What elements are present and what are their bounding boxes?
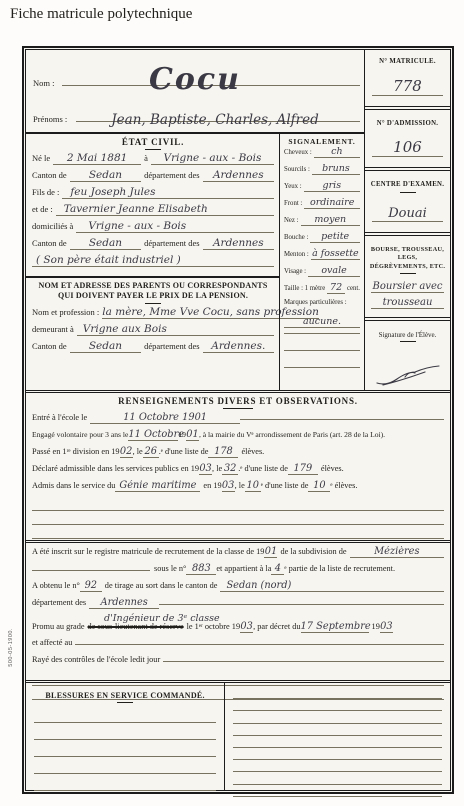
bourse-label: BOURSE, TROUSSEAU, LEGS, DÉGRÈVEMENTS, E…: [369, 246, 446, 272]
blank-line: [32, 525, 444, 539]
blessures-title: BLESSURES EN SERVICE COMMANDÉ.: [34, 691, 216, 700]
entre-value: 11 Octobre 1901: [90, 412, 240, 424]
yeux-label: Yeux :: [284, 183, 302, 190]
blank-line: [233, 748, 442, 760]
sous-numero-value: 883: [186, 563, 216, 575]
cheveux-label: Cheveux :: [284, 149, 312, 156]
renseignements-section: RENSEIGNEMENTS DIVERS ET OBSERVATIONS. E…: [26, 390, 450, 540]
promu-struck-text: de sous-lieutenant de réserve: [88, 622, 184, 631]
menton-value: à fossette: [311, 248, 360, 260]
rule: [163, 661, 444, 662]
blank-line: [233, 760, 442, 772]
bottom-zone: BLESSURES EN SERVICE COMMANDÉ.: [26, 680, 450, 790]
name-block: Nom : Cocu Prénoms : Jean, Baptiste, Cha…: [26, 50, 364, 134]
menton-label: Menton :: [284, 251, 309, 258]
departement-recrutement-label: département des: [32, 598, 86, 607]
bouche-label: Bouche :: [284, 234, 308, 241]
blank-line: [233, 711, 442, 723]
blank-line: [34, 757, 216, 774]
tirage-canton-value: Sedan (nord): [220, 580, 444, 592]
demeurant-label: demeurant à: [32, 324, 74, 334]
divider: [365, 167, 450, 171]
engage-date-value: 11 Octobre: [128, 429, 178, 441]
field-admis-service: Admis dans le service du Génie maritime …: [32, 480, 444, 497]
divider: [26, 276, 279, 278]
signature-label: Signature de l'Élève.: [369, 331, 446, 339]
parents-title-line1: NOM ET ADRESSE DES PARENTS OU CORRESPOND…: [32, 281, 274, 291]
left-main: Nom : Cocu Prénoms : Jean, Baptiste, Cha…: [26, 50, 364, 390]
prenoms-value: Jean, Baptiste, Charles, Alfred: [66, 112, 364, 128]
admissible-rank-value: 32: [222, 463, 238, 475]
blank-line: [284, 333, 360, 350]
admis-pre: Admis dans le service du: [32, 481, 115, 490]
recrutement-section: A été inscrit sur le registre matricule …: [26, 540, 450, 680]
marques-value: aucune.: [284, 316, 360, 328]
departement-recrutement-value: Ardennes: [89, 597, 159, 609]
domicilies-label: domiciliés à: [32, 221, 73, 231]
tirage-mid: de tirage au sort dans le canton de: [105, 581, 218, 590]
blank-line: [233, 785, 442, 797]
field-tirage-au-sort: A obtenu le n° 92 de tirage au sort dans…: [32, 580, 444, 597]
field-marques-value-row: aucune.: [284, 316, 360, 333]
title-dash: [400, 273, 416, 274]
admissible-mid1: , le: [212, 464, 222, 473]
raye-label: Rayé des contrôles de l'école ledit jour: [32, 655, 160, 664]
tirage-numero-value: 92: [80, 580, 102, 592]
sourcils-label: Sourcils :: [284, 166, 310, 173]
appartient-label: et appartient à la: [216, 564, 271, 573]
page-title: Fiche matricule polytechnique: [10, 6, 192, 23]
admis-year-value: 03: [222, 480, 235, 492]
engage-year-printed: 19: [178, 430, 186, 439]
blank-line: [32, 497, 444, 511]
title-dash: [145, 149, 161, 150]
departement-label: département des: [144, 170, 199, 180]
fils-de-label: Fils de :: [32, 187, 59, 197]
blank-line: [233, 736, 442, 748]
field-canton-parents: Canton de Sedan département des Ardennes…: [32, 341, 274, 358]
prenoms-label: Prénoms :: [33, 114, 67, 124]
visage-label: Visage :: [284, 268, 306, 275]
blank-line: [233, 724, 442, 736]
subdivision-value: Mézières: [350, 546, 444, 558]
departement-parents-label: département des: [144, 341, 199, 351]
admis-total-value: 10: [308, 480, 330, 492]
blank-line: [34, 706, 216, 723]
divider: [365, 232, 450, 236]
ne-le-label: Né le: [32, 153, 50, 163]
field-entre-ecole: Entré à l'école le 11 Octobre 1901: [32, 412, 444, 429]
student-signature: [375, 359, 441, 389]
passe-pre: Passé en 1ʳᵉ division en 19: [32, 447, 120, 456]
blank-line: [32, 511, 444, 525]
admis-service-value: Génie maritime: [115, 480, 200, 492]
demeurant-value: Vrigne aux Bois: [77, 324, 274, 336]
field-cheveux: Cheveux : ch: [284, 146, 360, 163]
admis-post: ᵉ élèves.: [330, 481, 357, 490]
renseignements-title: RENSEIGNEMENTS DIVERS ET OBSERVATIONS.: [32, 396, 444, 406]
title-dash: [145, 303, 161, 304]
admission-value: 106: [372, 138, 443, 157]
title-dash: [400, 192, 416, 193]
nom-profession-label: Nom et profession :: [32, 307, 99, 317]
field-taille: Taille : 1 mètre 72 cent.: [284, 282, 360, 299]
field-affecte: et affecté au: [32, 638, 444, 655]
partie-post: ᵉ partie de la liste de recrutement.: [284, 564, 395, 573]
field-nom: Nom : Cocu: [26, 50, 364, 98]
passe-year-value: 02: [120, 446, 133, 458]
tirage-pre: A obtenu le n°: [32, 581, 80, 590]
field-demeurant: demeurant à Vrigne aux Bois: [32, 324, 274, 341]
field-marques-label-row: Marques particulières :: [284, 299, 360, 316]
form-border: Nom : Cocu Prénoms : Jean, Baptiste, Cha…: [22, 46, 454, 794]
fils-de-value: feu Joseph Jules: [62, 187, 274, 199]
fiche-form: Nom : Cocu Prénoms : Jean, Baptiste, Cha…: [25, 49, 451, 791]
promu-mid1: le 1ᵉʳ octobre 19: [187, 622, 240, 631]
canton-parents-value: Sedan: [70, 341, 141, 353]
engage-year-value: 01: [186, 429, 199, 441]
nez-value: moyen: [301, 214, 360, 226]
et-de-label: et de :: [32, 204, 53, 214]
classe-year-value: 01: [264, 546, 277, 558]
field-passe-division: Passé en 1ʳᵉ division en 19 02 , le 26 .…: [32, 446, 444, 463]
domicilies-value: Vrigne - aux - Bois: [76, 221, 274, 233]
printer-mark: 500-05-1900.: [8, 628, 14, 667]
field-registre-matricule: A été inscrit sur le registre matricule …: [32, 546, 444, 563]
passe-total-value: 178: [208, 446, 238, 458]
field-nom-profession: Nom et profession : la mère, Mme Vve Coc…: [32, 307, 274, 324]
decret-date-value: 17 Septembre: [301, 621, 369, 633]
admis-mid3: ᵉ d'une liste de: [261, 481, 309, 490]
cheveux-value: ch: [314, 146, 360, 158]
field-front: Front : ordinaire: [284, 197, 360, 214]
field-menton: Menton : à fossette: [284, 248, 360, 265]
signature-zone: Signature de l'Élève.: [369, 323, 446, 390]
passe-mid2: .ᵉ d'une liste de: [159, 447, 209, 456]
engage-pre: Engagé volontaire pour 3 ans le: [32, 430, 128, 439]
ne-le-value: 2 Mai 1881: [53, 153, 141, 165]
field-domicilies: domiciliés à Vrigne - aux - Bois: [32, 221, 274, 238]
sourcils-value: bruns: [312, 163, 360, 175]
blank-line: [284, 350, 360, 367]
note-pere-value: ( Son père était industriel ): [32, 255, 274, 267]
field-engage: Engagé volontaire pour 3 ans le 11 Octob…: [32, 429, 444, 446]
field-bouche: Bouche : petite: [284, 231, 360, 248]
title-dash: [223, 408, 253, 409]
nez-label: Nez :: [284, 217, 299, 224]
partie-value: 4: [271, 563, 284, 575]
field-sourcils: Sourcils : bruns: [284, 163, 360, 180]
bourse-value-line2: trousseau: [371, 297, 444, 309]
field-ne-le: Né le 2 Mai 1881 à Vrigne - aux - Bois: [32, 153, 274, 170]
blank-line: [233, 687, 442, 699]
field-nez: Nez : moyen: [284, 214, 360, 231]
field-yeux: Yeux : gris: [284, 180, 360, 197]
canton-parents-label: Canton de: [32, 341, 67, 351]
bouche-value: petite: [310, 231, 360, 243]
decret-year-printed: 19: [372, 622, 380, 631]
rule: [240, 419, 444, 420]
blank-line: [34, 723, 216, 740]
blessures-section: BLESSURES EN SERVICE COMMANDÉ.: [26, 683, 225, 790]
field-departement-recrutement: département des Ardennes: [32, 597, 444, 614]
canton2-label: Canton de: [32, 238, 67, 248]
blank-line: [233, 699, 442, 711]
admissible-pre: Déclaré admissible dans les services pub…: [32, 464, 199, 473]
field-fils-de: Fils de : feu Joseph Jules: [32, 187, 274, 204]
passe-mid1: , le: [133, 447, 143, 456]
signalement-section: SIGNALEMENT. Cheveux : ch Sourcils : bru…: [279, 134, 364, 390]
field-prenoms: Prénoms : Jean, Baptiste, Charles, Alfre…: [26, 98, 364, 132]
matricule-value: 778: [372, 77, 443, 96]
blank-line: [233, 772, 442, 784]
promu-mid2: , par décret du: [253, 622, 300, 631]
yeux-value: gris: [304, 180, 360, 192]
rule: [75, 644, 444, 645]
registre-mid: de la subdivision de: [280, 547, 346, 556]
admission-label: N° D'ADMISSION.: [369, 120, 446, 129]
blank-line: [34, 774, 216, 791]
centre-examen-value: Douai: [372, 206, 443, 222]
departement2-value: Ardennes: [203, 238, 274, 250]
bourse-value-line1: Boursier avec: [371, 281, 444, 293]
parents-title-line2: QUI DOIVENT PAYER LE PRIX DE LA PENSION.: [32, 291, 274, 301]
field-promu-grade: Promu au grade de sous-lieutenant de rés…: [32, 621, 444, 638]
signalement-title: SIGNALEMENT.: [284, 137, 360, 146]
field-note-pere: ( Son père était industriel ): [32, 255, 274, 272]
admissible-post: élèves.: [321, 464, 344, 473]
admissible-mid2: .ᵉ d'une liste de: [238, 464, 288, 473]
field-et-de: et de : Tavernier Jeanne Elisabeth: [32, 204, 274, 221]
field-canton-1: Canton de Sedan département des Ardennes: [32, 170, 274, 187]
taille-suffix: cent.: [347, 285, 360, 292]
taille-label: Taille : 1 mètre: [284, 285, 325, 292]
divider: [365, 106, 450, 110]
admissible-year-value: 03: [199, 463, 212, 475]
etat-civil-section: ÉTAT CIVIL. Né le 2 Mai 1881 à Vrigne - …: [26, 134, 279, 390]
field-canton-2: Canton de Sedan département des Ardennes: [32, 238, 274, 255]
blank-line: [284, 367, 360, 384]
sous-numero-label: sous le n°: [154, 564, 186, 573]
promu-pre: Promu au grade: [32, 622, 85, 631]
middle-columns: ÉTAT CIVIL. Né le 2 Mai 1881 à Vrigne - …: [26, 134, 364, 390]
visage-value: ovale: [308, 265, 360, 277]
a-label: à: [144, 153, 148, 163]
fiche-scan: 500-05-1900. Nom : Cocu Prénoms :: [22, 46, 454, 794]
departement2-label: département des: [144, 238, 199, 248]
promu-year-value: 03: [240, 621, 253, 633]
nom-value: Cocu: [26, 65, 364, 95]
centre-examen-label: CENTRE D'EXAMEN.: [369, 181, 446, 190]
admis-mid1: en 19: [203, 481, 221, 490]
matricule-label: N° MATRICULE.: [369, 58, 446, 67]
marques-label: Marques particulières :: [284, 299, 347, 306]
departement-value: Ardennes: [203, 170, 274, 182]
affecte-label: et affecté au: [32, 638, 72, 647]
field-visage: Visage : ovale: [284, 265, 360, 282]
field-raye: Rayé des contrôles de l'école ledit jour: [32, 655, 444, 672]
taille-value: 72: [327, 282, 345, 294]
decret-year-value: 03: [380, 621, 393, 633]
departement-parents-value: Ardennes.: [203, 341, 274, 353]
canton2-value: Sedan: [70, 238, 141, 250]
admis-mid2: , le: [235, 481, 245, 490]
passe-post: élèves.: [241, 447, 264, 456]
upper-zone: Nom : Cocu Prénoms : Jean, Baptiste, Cha…: [26, 50, 450, 390]
bottom-right-lines: [225, 683, 450, 790]
blank-line: [34, 740, 216, 757]
registre-pre: A été inscrit sur le registre matricule …: [32, 547, 264, 556]
lieu-naissance-value: Vrigne - aux - Bois: [151, 153, 274, 165]
canton-label: Canton de: [32, 170, 67, 180]
etat-civil-title: ÉTAT CIVIL.: [32, 137, 274, 147]
passe-rank-value: 26: [143, 446, 159, 458]
divider: [365, 317, 450, 321]
rule: [159, 604, 444, 605]
title-dash: [117, 702, 133, 703]
field-numero-recrutement: sous le n° 883 et appartient à la 4 ᵉ pa…: [32, 563, 444, 580]
front-label: Front :: [284, 200, 302, 207]
front-value: ordinaire: [304, 197, 360, 209]
admis-rank-value: 10: [245, 480, 261, 492]
et-de-value: Tavernier Jeanne Elisabeth: [56, 204, 274, 216]
right-column: N° MATRICULE. 778 N° D'ADMISSION. 106 CE…: [364, 50, 450, 390]
engage-post: , à la mairie du Vᵉ arrondissement de Pa…: [199, 430, 385, 439]
canton-value: Sedan: [70, 170, 141, 182]
entre-label: Entré à l'école le: [32, 413, 87, 422]
field-admissible: Déclaré admissible dans les services pub…: [32, 463, 444, 480]
admissible-total-value: 179: [288, 463, 318, 475]
title-dash: [400, 341, 416, 342]
rule: [32, 570, 150, 571]
